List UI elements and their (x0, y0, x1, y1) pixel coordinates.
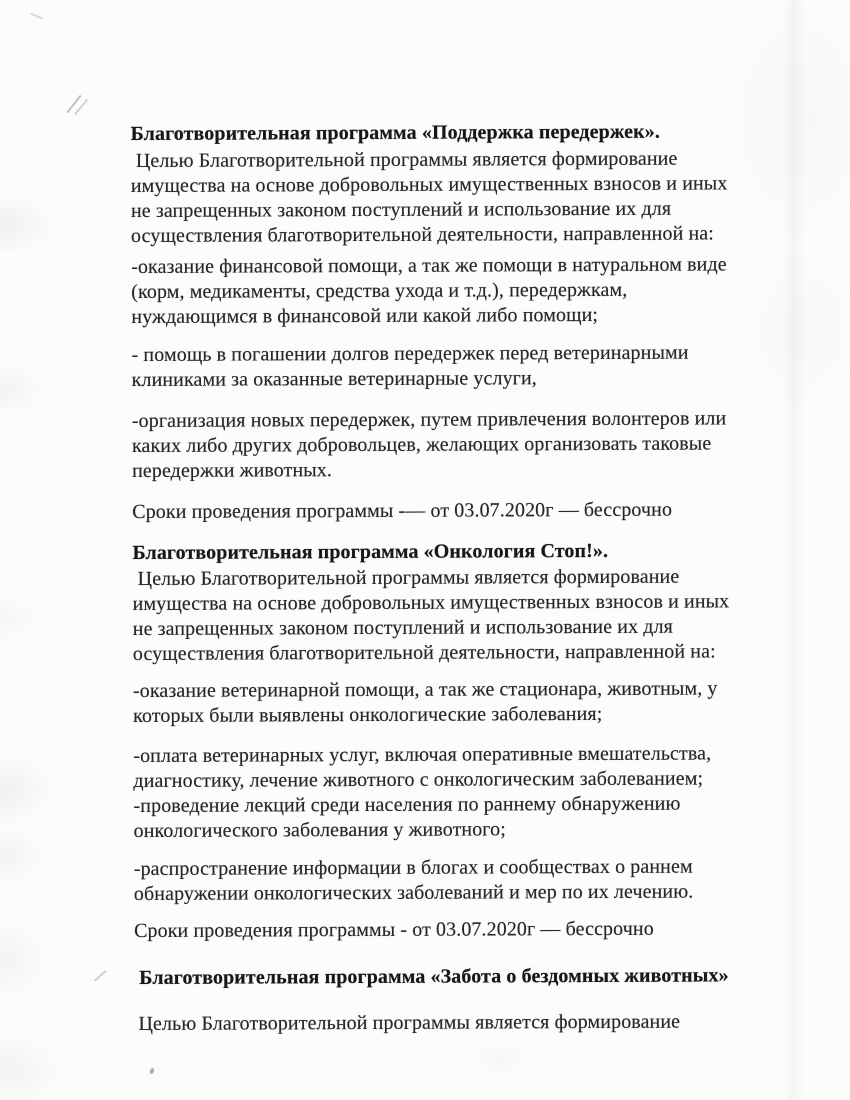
scanned-document-page: Благотворительная программа «Поддержка п… (0, 0, 850, 1100)
program-1-organize-item: -организация новых передержек, путем при… (132, 406, 792, 484)
program-1-dates: Сроки проведения программы -— от 03.07.2… (132, 497, 792, 525)
program-2-info-item: -распространение информации в блогах и с… (134, 854, 794, 907)
program-1-goal-paragraph: Целью Благотворительной программы являет… (131, 146, 791, 249)
program-2-goal-paragraph: Целью Благотворительной программы являет… (132, 564, 792, 667)
pencil-mark (74, 99, 88, 115)
program-1-aid-item: -оказание финансовой помощи, а так же по… (131, 252, 791, 330)
program-2-vet-care-item: -оказание ветеринарной помощи, а так же … (133, 676, 793, 729)
pencil-mark (66, 95, 81, 114)
program-3-title: Благотворительная программа «Забота о бе… (139, 963, 799, 991)
program-3-goal-paragraph: Целью Благотворительной программы являет… (138, 1009, 798, 1037)
program-2-payment-item: -оплата ветеринарных услуг, включая опер… (133, 741, 793, 844)
program-2-dates: Сроки проведения программы - от 03.07.20… (134, 916, 794, 944)
program-1-title: Благотворительная программа «Поддержка п… (131, 119, 791, 147)
program-2-title: Благотворительная программа «Онкология С… (132, 538, 792, 566)
document-content: Благотворительная программа «Поддержка п… (130, 0, 815, 1100)
pencil-mark (30, 13, 43, 19)
pencil-mark (94, 970, 107, 982)
program-1-debt-item: - помощь в погашении долгов передержек п… (131, 340, 791, 393)
